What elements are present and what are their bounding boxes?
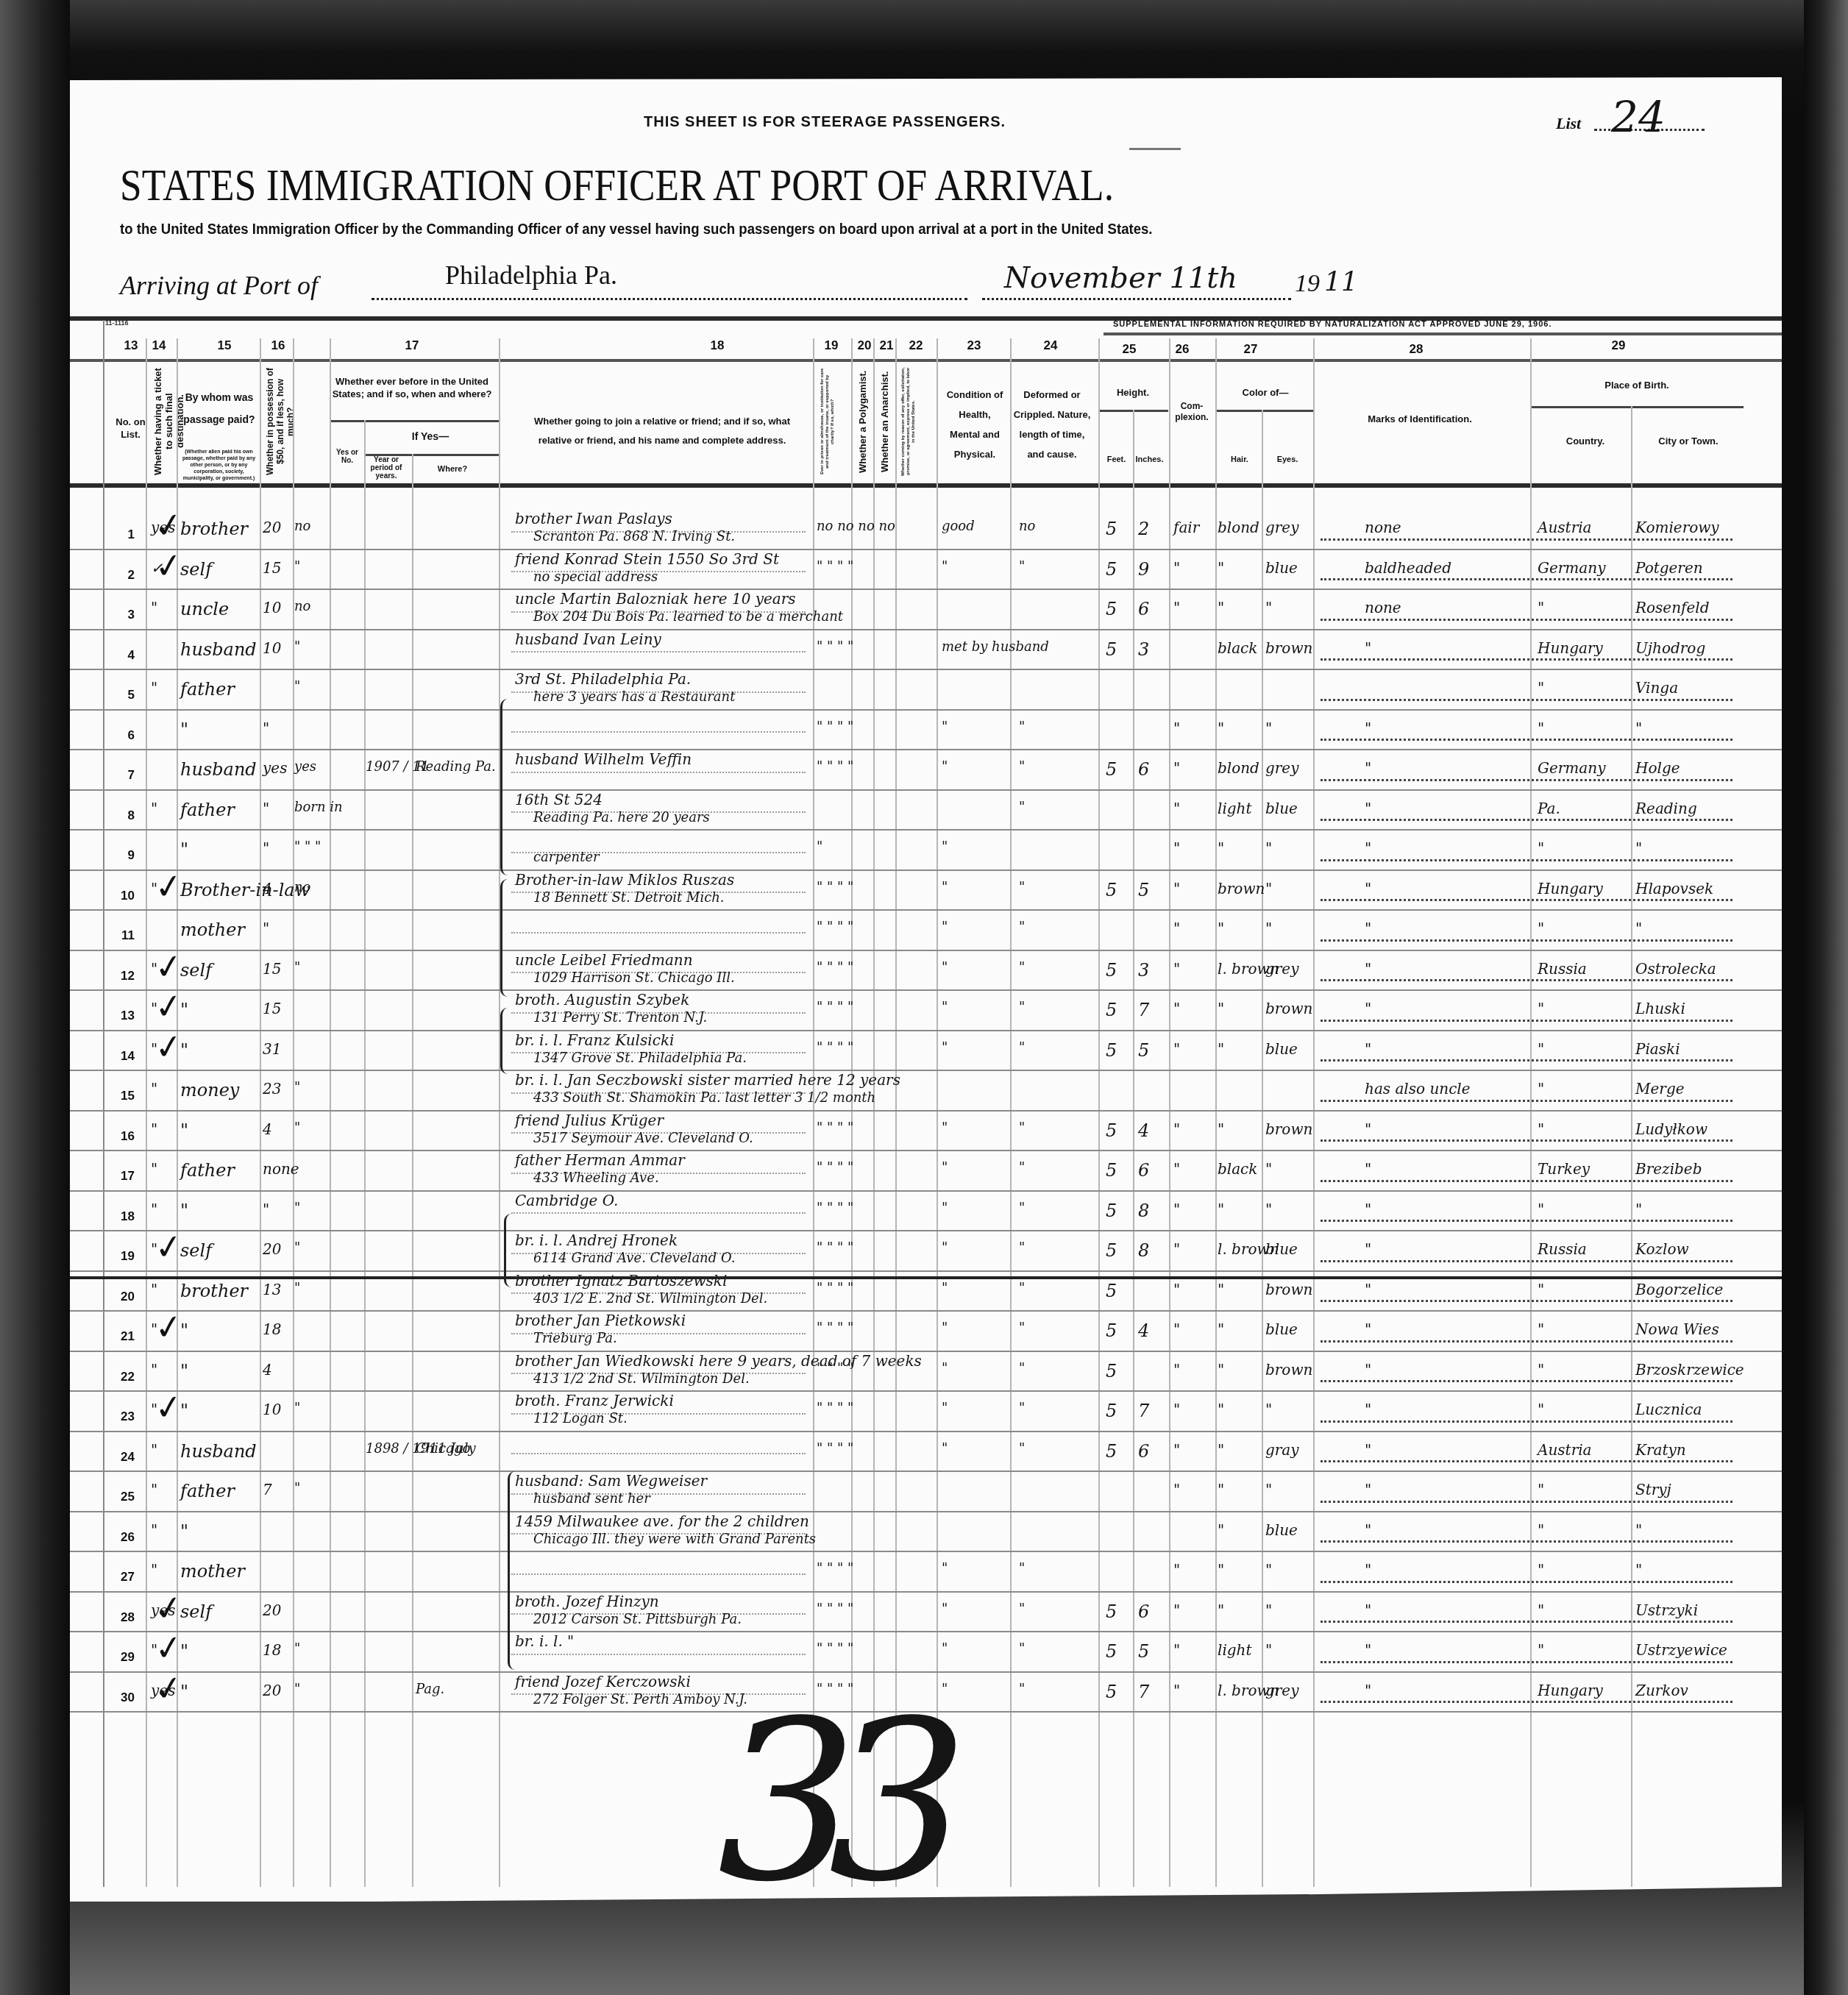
join-relative-cell: broth. Franz Jerwicki xyxy=(515,1392,674,1409)
paid-by-cell: self xyxy=(180,1601,212,1622)
join-address-cell: 413 1/2 2nd St. Wilmington Del. xyxy=(533,1371,750,1387)
eye-color-cell: brown xyxy=(1265,1361,1312,1379)
eye-color-cell: blue xyxy=(1265,800,1298,817)
row-rule xyxy=(70,1471,1782,1472)
row-number: 4 xyxy=(113,648,135,663)
questions-19-22-cell: " " " " xyxy=(817,1601,853,1617)
col-28-number: 28 xyxy=(1405,342,1427,357)
hair-color-cell: " xyxy=(1218,920,1224,937)
eye-color-cell: gray xyxy=(1265,1441,1299,1459)
health-cell: " xyxy=(942,1281,948,1296)
row-rule xyxy=(70,1150,1782,1151)
height-inches-cell: 6 xyxy=(1138,1601,1149,1622)
marks-cell: none xyxy=(1365,519,1401,536)
money-cell: 13 xyxy=(263,1281,281,1298)
birth-country-cell: " xyxy=(1538,1000,1544,1017)
paid-by-cell: brother xyxy=(180,1281,248,1301)
birth-country-cell: " xyxy=(1538,839,1544,857)
eye-color-cell: blue xyxy=(1265,1040,1298,1058)
marks-dotted-line xyxy=(1321,658,1732,661)
row-number: 25 xyxy=(113,1490,135,1504)
money-cell: 15 xyxy=(263,1000,281,1017)
form-code: 11-1116 xyxy=(105,319,129,327)
complexion-cell: fair xyxy=(1173,519,1199,536)
questions-19-22-cell: " " " " xyxy=(817,1561,853,1576)
marks-cell: " xyxy=(1365,1320,1371,1338)
marks-dotted-line xyxy=(1321,939,1732,942)
join-address-cell: 131 Perry St. Trenton N.J. xyxy=(533,1010,707,1025)
col-17-yes-no: Yes or No. xyxy=(330,449,365,465)
join-dotted-line xyxy=(511,651,806,652)
birth-country-cell: Russia xyxy=(1538,960,1587,978)
birth-city-cell: Ustrzyki xyxy=(1635,1601,1698,1619)
marks-cell: " xyxy=(1365,1401,1371,1418)
money-cell: 4 xyxy=(263,880,272,897)
join-address-cell: Chicago Ill. they were with Grand Parent… xyxy=(533,1532,816,1547)
join-address-cell: 3517 Seymour Ave. Cleveland O. xyxy=(533,1131,753,1146)
col-29-city: City or Town. xyxy=(1633,435,1744,447)
row-rule xyxy=(70,629,1782,630)
height-inches-cell: 5 xyxy=(1138,1040,1149,1061)
eye-color-cell: blue xyxy=(1265,1320,1298,1338)
previous-visit-cell: no xyxy=(294,880,310,895)
join-dotted-line xyxy=(511,1212,806,1214)
eye-color-cell: blue xyxy=(1265,1521,1298,1539)
row-number: 2 xyxy=(113,568,135,583)
hair-color-cell: brown xyxy=(1218,880,1265,897)
row-number: 6 xyxy=(113,728,135,743)
questions-19-22-cell: " " " " xyxy=(817,880,853,895)
join-dotted-line xyxy=(511,1453,806,1454)
marks-dotted-line xyxy=(1321,1260,1732,1262)
height-feet-cell: 5 xyxy=(1106,1441,1117,1462)
marks-dotted-line xyxy=(1321,1701,1732,1703)
money-cell: 23 xyxy=(263,1080,281,1098)
health-cell: " xyxy=(942,1120,948,1136)
hair-color-cell: " xyxy=(1218,1601,1224,1619)
col-19-label: Ever in prison or almshouse, or institut… xyxy=(820,366,842,477)
deformed-cell: " xyxy=(1019,1601,1025,1617)
row-rule xyxy=(70,588,1782,590)
join-relative-cell: husband: Sam Wegweiser xyxy=(515,1472,707,1490)
previous-visit-cell: no xyxy=(294,519,310,534)
questions-19-22-cell: " " " " xyxy=(817,759,853,775)
hair-color-cell: " xyxy=(1218,1521,1224,1539)
join-relative-cell: friend Julius Krüger xyxy=(515,1112,664,1129)
row-number: 19 xyxy=(113,1249,135,1264)
join-address-cell: 1029 Harrison St. Chicago Ill. xyxy=(533,970,735,986)
height-feet-cell: 5 xyxy=(1106,519,1117,539)
money-cell: " xyxy=(263,719,269,737)
questions-19-22-cell: " " " " xyxy=(817,1641,853,1657)
money-cell: 18 xyxy=(263,1320,281,1338)
join-address-cell: 1347 Grove St. Philadelphia Pa. xyxy=(533,1050,747,1066)
arrival-year-prefix: 19 xyxy=(1295,270,1320,298)
family-bracket xyxy=(500,879,510,997)
marks-dotted-line xyxy=(1321,1180,1732,1182)
eye-color-cell: " xyxy=(1265,1481,1272,1498)
birth-country-cell: " xyxy=(1538,1201,1544,1218)
complexion-cell: " xyxy=(1173,1000,1180,1017)
previous-visit-cell: " xyxy=(294,1481,300,1496)
col-27-label: Color of— xyxy=(1218,386,1313,399)
ticket-cell: " xyxy=(151,679,157,697)
row-rule xyxy=(70,1671,1782,1673)
col-17-if-yes: If Yes— xyxy=(364,430,497,443)
family-bracket xyxy=(500,1008,510,1074)
complexion-cell: " xyxy=(1173,1481,1180,1498)
eye-color-cell: grey xyxy=(1265,960,1299,978)
marks-dotted-line xyxy=(1321,979,1732,981)
complexion-cell: " xyxy=(1173,1040,1180,1058)
previous-visit-cell: " xyxy=(294,1201,300,1216)
birth-country-cell: Germany xyxy=(1538,559,1605,577)
paid-by-cell: Brother-in-law xyxy=(180,880,310,900)
hair-color-cell: " xyxy=(1218,1120,1224,1138)
birth-country-cell: Germany xyxy=(1538,759,1605,777)
birth-city-cell: Reading xyxy=(1635,800,1697,817)
previous-visit-cell: " " " xyxy=(294,839,321,855)
ticket-cell: " xyxy=(151,1201,157,1218)
join-relative-cell: br. i. l. Jan Seczbowski sister married … xyxy=(515,1071,900,1089)
height-feet-cell: 5 xyxy=(1106,1361,1117,1381)
join-address-cell: Trieburg Pa. xyxy=(533,1331,617,1346)
join-address-cell: 433 South St. Shamokin Pa. last letter 3… xyxy=(533,1090,875,1106)
height-inches-cell: 7 xyxy=(1138,1000,1149,1020)
height-feet-cell: 5 xyxy=(1106,880,1117,900)
ticket-cell: " xyxy=(151,1441,157,1459)
col-16-number: 16 xyxy=(267,338,289,353)
marks-dotted-line xyxy=(1321,538,1732,541)
eye-color-cell: " xyxy=(1265,1601,1272,1619)
height-feet-cell: 5 xyxy=(1106,639,1117,660)
deformed-cell: " xyxy=(1019,1281,1025,1296)
height-inches-cell: 5 xyxy=(1138,1641,1149,1662)
birth-country-cell: " xyxy=(1538,599,1544,616)
birth-country-cell: " xyxy=(1538,1481,1544,1498)
birth-city-cell: Piaski xyxy=(1635,1040,1680,1058)
height-feet-cell: 5 xyxy=(1106,1320,1117,1341)
row-rule xyxy=(70,1030,1782,1031)
marks-cell: " xyxy=(1365,1201,1371,1218)
complexion-cell: " xyxy=(1173,1201,1180,1218)
row-number: 28 xyxy=(113,1610,135,1625)
row-number: 7 xyxy=(113,768,135,783)
row-number: 1 xyxy=(113,527,135,542)
birth-city-cell: " xyxy=(1635,839,1642,857)
row-rule xyxy=(70,1351,1782,1352)
questions-19-22-cell: " " " " xyxy=(817,559,853,575)
complexion-cell: " xyxy=(1173,759,1180,777)
birth-city-cell: Holge xyxy=(1635,759,1680,777)
birth-city-cell: " xyxy=(1635,1521,1642,1539)
check-mark-icon: ✓ xyxy=(152,1586,185,1629)
col-rule xyxy=(895,338,897,1887)
birth-city-cell: Nowa Wies xyxy=(1635,1320,1719,1338)
eye-color-cell: " xyxy=(1265,1401,1272,1418)
paid-by-cell: brother xyxy=(180,519,248,539)
marks-dotted-line xyxy=(1321,1100,1732,1102)
questions-19-22-cell: " " " " xyxy=(817,719,853,735)
paid-by-cell: father xyxy=(180,679,235,700)
questions-19-22-cell: " " " " xyxy=(817,1000,853,1015)
complexion-cell: " xyxy=(1173,1561,1180,1579)
col-19-number: 19 xyxy=(820,338,842,353)
deformed-cell: " xyxy=(1019,800,1025,815)
previous-visit-cell: " xyxy=(294,679,300,694)
col-rule xyxy=(1133,410,1134,1887)
previous-visit-cell: " xyxy=(294,960,300,975)
row-number: 27 xyxy=(113,1570,135,1585)
row-rule xyxy=(70,1511,1782,1512)
deformed-cell: " xyxy=(1019,719,1025,735)
marks-dotted-line xyxy=(1321,699,1732,701)
join-relative-cell: 3rd St. Philadelphia Pa. xyxy=(515,670,691,688)
hair-color-cell: " xyxy=(1218,1361,1224,1379)
col-rule xyxy=(1262,410,1263,1887)
row-rule xyxy=(70,1431,1782,1432)
marks-dotted-line xyxy=(1321,1621,1732,1623)
col-rule xyxy=(1530,338,1532,1887)
deformed-cell: " xyxy=(1019,1682,1025,1697)
birth-country-cell: " xyxy=(1538,1641,1544,1659)
paid-by-cell: " xyxy=(180,719,188,740)
eye-color-cell: grey xyxy=(1265,519,1299,536)
height-feet-cell: 5 xyxy=(1106,599,1117,619)
row-rule xyxy=(70,1070,1782,1071)
money-cell: 15 xyxy=(263,559,281,577)
height-feet-cell: 5 xyxy=(1106,759,1117,780)
birth-country-cell: Pa. xyxy=(1538,800,1560,817)
check-mark-icon: ✓ xyxy=(152,945,185,988)
col-13-number: 13 xyxy=(120,338,142,353)
join-relative-cell: brother Iwan Paslays xyxy=(515,510,672,527)
deformed-cell: " xyxy=(1019,1000,1025,1015)
height-inches-cell: 4 xyxy=(1138,1320,1149,1341)
complexion-cell: " xyxy=(1173,599,1180,616)
col-21-number: 21 xyxy=(875,338,898,353)
marks-cell: none xyxy=(1365,599,1401,616)
deformed-cell: " xyxy=(1019,1561,1025,1576)
eye-color-cell: " xyxy=(1265,1201,1272,1218)
money-cell: 31 xyxy=(263,1040,281,1058)
marks-dotted-line xyxy=(1321,1501,1732,1503)
row-rule xyxy=(70,1270,1782,1272)
join-relative-cell: father Herman Ammar xyxy=(515,1151,685,1169)
deformed-cell: " xyxy=(1019,559,1025,575)
birth-country-cell: " xyxy=(1538,679,1544,697)
row-number: 12 xyxy=(113,969,135,984)
deformed-cell: no xyxy=(1019,519,1035,534)
col-25-label: Height. xyxy=(1100,386,1166,399)
birth-country-cell: " xyxy=(1538,1080,1544,1098)
col-18-label: Whether going to join a relative or frie… xyxy=(526,412,798,450)
money-cell: 10 xyxy=(263,1401,281,1418)
row-rule xyxy=(70,1230,1782,1231)
birth-city-cell: Merge xyxy=(1635,1080,1685,1098)
date-line xyxy=(982,298,1291,300)
arrival-year-suffix: 11 xyxy=(1324,267,1358,297)
deformed-cell: " xyxy=(1019,1240,1025,1256)
marks-cell: " xyxy=(1365,1641,1371,1659)
money-cell: yes xyxy=(263,759,287,777)
join-address-cell: here 3 years has a Restaurant xyxy=(533,689,735,705)
paid-by-cell: mother xyxy=(180,920,245,940)
ticket-cell: " xyxy=(151,1080,157,1098)
height-inches-cell: 7 xyxy=(1138,1401,1149,1421)
previous-visit-cell: " xyxy=(294,1080,300,1095)
paid-by-cell: father xyxy=(180,1481,235,1501)
row-rule xyxy=(70,549,1782,550)
col-25-number: 25 xyxy=(1118,342,1140,357)
previous-visit-cell: " xyxy=(294,1281,300,1296)
join-relative-cell: brother Ignatz Bartoszewski xyxy=(515,1272,727,1290)
complexion-cell: " xyxy=(1173,1601,1180,1619)
join-address-cell: Scranton Pa. 868 N. Irving St. xyxy=(533,529,735,544)
col-17-where: Where? xyxy=(416,463,489,476)
ticket-cell: " xyxy=(151,1361,157,1379)
supplemental-rule xyxy=(1104,332,1784,335)
previous-visit-cell: " xyxy=(294,1401,300,1416)
paid-by-cell: " xyxy=(180,1361,188,1381)
marks-cell: " xyxy=(1365,1361,1371,1379)
col-15-number: 15 xyxy=(213,338,235,353)
questions-19-22-cell: " " " " xyxy=(817,1281,853,1296)
health-cell: " xyxy=(942,559,948,575)
row-rule xyxy=(70,709,1782,711)
birth-city-cell: Brzoskrzewice xyxy=(1635,1361,1744,1379)
complexion-cell: " xyxy=(1173,719,1180,737)
row-number: 24 xyxy=(113,1450,135,1465)
row-rule xyxy=(70,1190,1782,1192)
col-17-year: Year or period of years. xyxy=(364,456,408,480)
questions-19-22-cell: " " " " xyxy=(817,960,853,975)
col-rule xyxy=(364,420,366,1887)
birth-country-cell: " xyxy=(1538,1361,1544,1379)
height-inches-cell: 6 xyxy=(1138,1441,1149,1462)
hair-color-cell: " xyxy=(1218,599,1224,616)
deformed-cell: " xyxy=(1019,880,1025,895)
col-17-divider xyxy=(330,420,499,422)
row-rule xyxy=(70,1591,1782,1593)
height-inches-cell: 2 xyxy=(1138,519,1149,539)
row-number: 29 xyxy=(113,1650,135,1665)
hair-color-cell: " xyxy=(1218,1040,1224,1058)
row-rule xyxy=(70,870,1782,871)
health-cell: " xyxy=(942,1641,948,1657)
eye-color-cell: " xyxy=(1265,880,1272,897)
page-title: STATES IMMIGRATION OFFICER AT PORT OF AR… xyxy=(120,160,1114,212)
marks-cell: " xyxy=(1365,719,1371,737)
col-rule xyxy=(1313,338,1315,1887)
money-cell: 4 xyxy=(263,1120,272,1138)
row-number: 8 xyxy=(113,808,135,823)
col-rule xyxy=(937,338,938,1887)
check-mark-icon: ✓ xyxy=(152,1626,185,1670)
previous-visit-cell: no xyxy=(294,599,310,614)
marks-dotted-line xyxy=(1321,1059,1732,1061)
deformed-cell: " xyxy=(1019,1160,1025,1176)
money-cell: 15 xyxy=(263,960,281,978)
marks-cell: " xyxy=(1365,960,1371,978)
previous-visit-cell: " xyxy=(294,1641,300,1657)
row-18-separator xyxy=(70,1276,1782,1279)
scanner-right-edge xyxy=(1804,0,1848,1995)
health-cell: " xyxy=(942,759,948,775)
row-number: 13 xyxy=(113,1009,135,1023)
check-mark-icon: ✓ xyxy=(152,864,185,908)
questions-19-22-cell: " " " " xyxy=(817,1401,853,1416)
row-rule xyxy=(70,989,1782,991)
height-feet-cell: 5 xyxy=(1106,1641,1117,1662)
col-17-label: Whether ever before in the United States… xyxy=(331,375,493,400)
row-rule xyxy=(70,909,1782,911)
marks-cell: " xyxy=(1365,1120,1371,1138)
join-relative-cell: br. i. l. " xyxy=(515,1632,574,1650)
join-address-cell: 18 Bennett St. Detroit Mich. xyxy=(533,890,725,906)
marks-cell: " xyxy=(1365,1601,1371,1619)
col-29-label: Place of Birth. xyxy=(1541,379,1732,391)
marks-cell: has also uncle xyxy=(1365,1080,1471,1098)
height-inches-cell: 3 xyxy=(1138,639,1149,660)
deformed-cell: " xyxy=(1019,1120,1025,1136)
questions-19-22-cell: " " " " xyxy=(817,1120,853,1136)
col-23-number: 23 xyxy=(963,338,985,353)
col-15-note: (Whether alien paid his own passage, whe… xyxy=(180,449,257,482)
deformed-cell: " xyxy=(1019,1401,1025,1416)
birth-country-cell: Austria xyxy=(1538,519,1592,536)
col-16-label: Whether in possession of $50, and if les… xyxy=(265,366,288,477)
birth-country-cell: " xyxy=(1538,1320,1544,1338)
join-relative-cell: 16th St 524 xyxy=(515,791,603,808)
complexion-cell: " xyxy=(1173,559,1180,577)
height-feet-cell: 5 xyxy=(1106,1601,1117,1622)
health-cell: " xyxy=(942,1201,948,1216)
marks-dotted-line xyxy=(1321,1020,1732,1022)
row-number: 23 xyxy=(113,1409,135,1424)
col-22-number: 22 xyxy=(905,338,927,353)
port-line xyxy=(372,298,967,300)
paid-by-cell: " xyxy=(180,1201,188,1221)
money-cell: 20 xyxy=(263,519,281,536)
paid-by-cell: " xyxy=(180,1120,188,1141)
birth-city-cell: Ostrolecka xyxy=(1635,960,1716,978)
previous-where-cell: Chicago xyxy=(416,1441,470,1457)
join-relative-cell: uncle Leibel Friedmann xyxy=(515,951,693,969)
paid-by-cell: uncle xyxy=(180,599,229,619)
birth-country-cell: " xyxy=(1538,1601,1544,1619)
join-dotted-line xyxy=(511,1654,806,1655)
row-number: 30 xyxy=(113,1690,135,1705)
birth-city-cell: Ludyłkow xyxy=(1635,1120,1707,1138)
row-number: 26 xyxy=(113,1530,135,1545)
complexion-cell: " xyxy=(1173,920,1180,937)
money-cell: " xyxy=(263,1201,269,1218)
eye-color-cell: " xyxy=(1265,1160,1272,1178)
hair-color-cell: " xyxy=(1218,1441,1224,1459)
col-rule xyxy=(146,338,147,1887)
deformed-cell: " xyxy=(1019,1361,1025,1376)
marks-cell: " xyxy=(1365,1281,1371,1298)
row-number: 20 xyxy=(113,1290,135,1304)
birth-country-cell: " xyxy=(1538,920,1544,937)
birth-country-cell: Hungary xyxy=(1538,880,1603,897)
money-cell: 20 xyxy=(263,1682,281,1699)
birth-city-cell: Potgeren xyxy=(1635,559,1703,577)
paid-by-cell: father xyxy=(180,800,235,820)
health-cell: " xyxy=(942,1160,948,1176)
supplemental-banner: SUPPLEMENTAL INFORMATION REQUIRED BY NAT… xyxy=(1113,320,1552,329)
